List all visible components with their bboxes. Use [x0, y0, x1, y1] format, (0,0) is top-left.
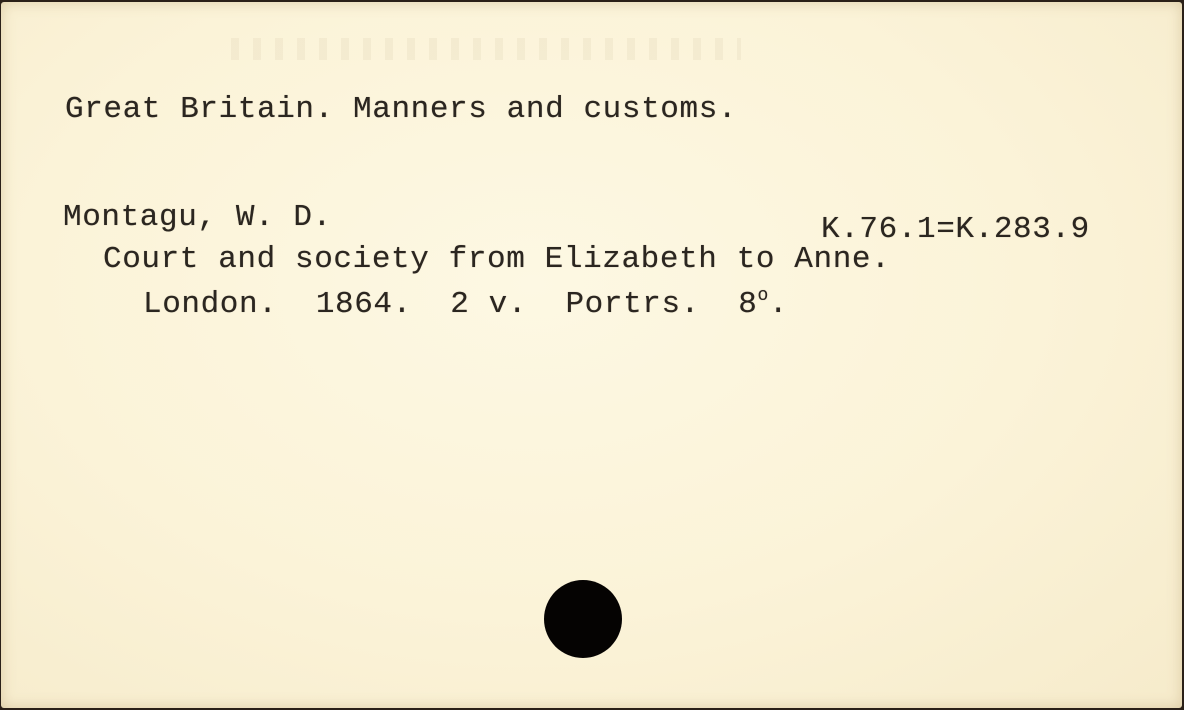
imprint: London. 1864. 2 v. Portrs. 8o.	[143, 287, 788, 320]
imprint-illustrations: Portrs.	[565, 287, 699, 322]
book-title: Court and society from Elizabeth to Anne…	[103, 244, 890, 275]
catalog-card: Great Britain. Manners and customs. Mont…	[1, 2, 1182, 708]
imprint-size: 8	[738, 287, 757, 322]
imprint-volumes: 2 v.	[450, 287, 527, 322]
imprint-year: 1864.	[316, 287, 412, 322]
subject-heading: Great Britain. Manners and customs.	[65, 94, 737, 125]
punch-hole-icon	[544, 580, 622, 658]
imprint-size-suffix: .	[769, 287, 788, 322]
imprint-size-superscript: o	[758, 286, 769, 306]
author: Montagu, W. D.	[63, 202, 332, 233]
imprint-place: London.	[143, 287, 277, 322]
faded-typing	[231, 38, 741, 60]
call-number: K.76.1=K.283.9	[821, 214, 1090, 245]
